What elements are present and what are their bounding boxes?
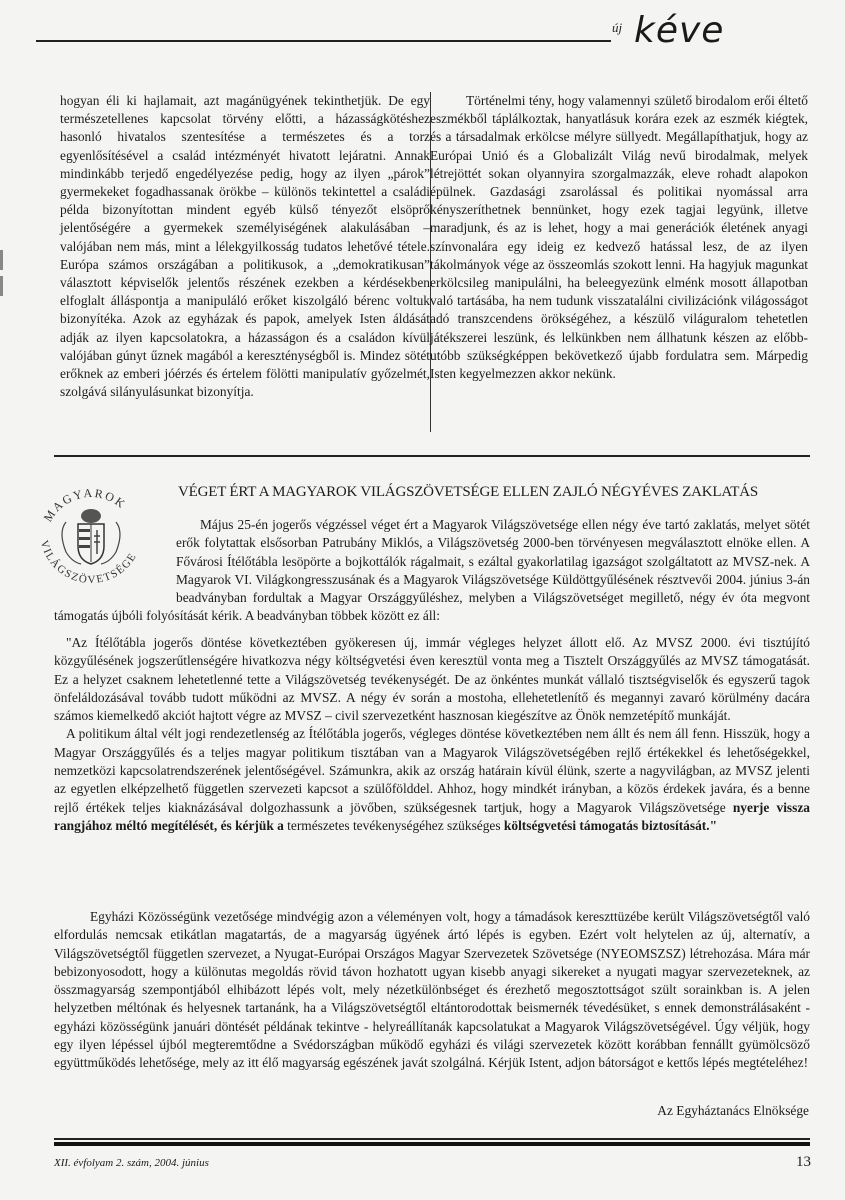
quoted-petition: "Az Ítélőtábla jogerős döntése következt… (54, 634, 810, 835)
masthead: új kéve (612, 16, 772, 56)
signature: Az Egyháztanács Elnöksége (657, 1103, 809, 1119)
logo-float-spacer (54, 516, 176, 606)
footer-rule-thin (54, 1138, 810, 1140)
issue-info: XII. évfolyam 2. szám, 2004. június (54, 1157, 209, 1169)
closing-statement: Egyházi Közösségünk vezetősége mindvégig… (54, 908, 810, 1073)
masthead-title: kéve (634, 10, 724, 51)
header-rule (36, 40, 611, 42)
binding-marks (0, 250, 6, 300)
quote-paragraph-2: A politikum által vélt jogi rendezetlens… (54, 725, 810, 835)
left-column-text: hogyan éli ki hajlamait, azt magánügyéne… (60, 92, 430, 401)
right-column-text: Történelmi tény, hogy valamennyi születő… (430, 92, 808, 383)
right-column: Történelmi tény, hogy valamennyi születő… (430, 92, 808, 383)
article-title: VÉGET ÉRT A MAGYAROK VILÁGSZÖVETSÉGE ELL… (178, 484, 818, 501)
article-intro: Május 25-én jogerős végzéssel véget ért … (54, 516, 810, 626)
masthead-prefix: új (612, 20, 622, 36)
section-rule (54, 455, 810, 457)
closing-paragraph: Egyházi Közösségünk vezetősége mindvégig… (54, 908, 810, 1073)
quote-paragraph-1: "Az Ítélőtábla jogerős döntése következt… (54, 634, 810, 725)
left-column: hogyan éli ki hajlamait, azt magánügyéne… (60, 92, 430, 401)
footer-rule-thick (54, 1142, 810, 1146)
intro-paragraph: Május 25-én jogerős végzéssel véget ért … (54, 516, 810, 626)
page-number: 13 (796, 1154, 811, 1171)
